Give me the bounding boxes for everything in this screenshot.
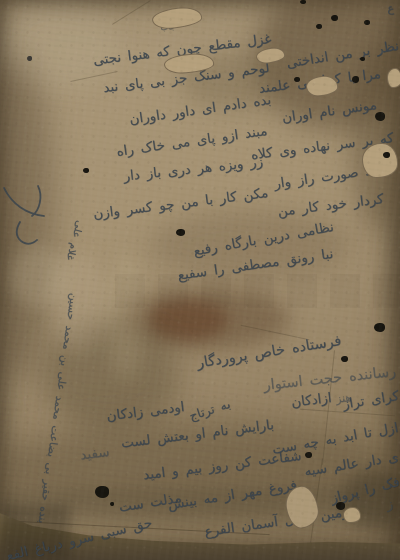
ink-blot <box>95 486 109 498</box>
ink-blot <box>383 152 390 158</box>
verse-fragment: سفید <box>79 444 110 463</box>
repair-patch <box>151 5 203 30</box>
light-patch-left-1 <box>10 246 68 308</box>
faint-watermark-tiles <box>115 274 400 308</box>
ink-blot <box>27 56 32 61</box>
ink-blot <box>300 0 306 4</box>
repair-patch <box>362 143 398 178</box>
repair-patch <box>343 507 361 523</box>
ink-blot <box>110 502 114 506</box>
verse-line: فرستاده خاص پروردگار <box>196 333 343 372</box>
light-sheen-top-left <box>0 0 120 90</box>
repair-patch <box>255 46 286 65</box>
ink-blot <box>316 24 322 29</box>
verse-hemistich: نظر بر من انداختی <box>285 38 399 72</box>
ink-blot <box>83 168 89 173</box>
verse-hemistich: بده دادم ای داور داوران <box>129 92 273 128</box>
ink-blot <box>336 502 345 510</box>
ink-blot <box>352 76 359 83</box>
ink-blot <box>176 229 185 236</box>
ink-blot <box>374 323 385 332</box>
light-patch-left-3 <box>106 254 146 380</box>
ink-blot <box>341 356 348 362</box>
repair-patch <box>387 68 400 88</box>
ink-blot <box>294 77 300 82</box>
verse-hemistich: مکن کار با من چو کسر وازن <box>92 185 269 222</box>
verse-hemistich: بارایش نام او بعتش لست <box>120 417 275 452</box>
verse-fragment: به ترتاج <box>187 396 232 423</box>
verse-hemistich: مونس نام اوران <box>280 97 377 126</box>
verse-hemistich: کردار خود کار من <box>276 191 384 220</box>
verse-hemistich: زر ویزه هر دری باز دار <box>123 154 264 185</box>
verse-fragment: اودمی زادکان <box>105 399 185 424</box>
manuscript-page: نظر بر من انداختی غزل مقطع چون که هنوا ن… <box>0 0 400 560</box>
pen-flourish <box>0 178 60 250</box>
ink-blot <box>331 15 338 21</box>
verse-hemistich: شفاعت کن روز بیم و امید <box>142 448 302 483</box>
verse-fragment: ی دار عالم سیه <box>303 449 399 480</box>
ink-blot <box>305 452 312 458</box>
ink-blot <box>360 57 365 61</box>
ink-blot <box>364 20 370 25</box>
crease-mid <box>241 325 310 341</box>
corner-mark: ع <box>387 2 394 15</box>
crease-top <box>112 0 151 25</box>
verse-hemistich: مبند ازو پای می خاک راه <box>115 123 268 160</box>
verse-fragment: هنز <box>335 391 352 406</box>
margin-note-short: غلام علی <box>64 219 85 261</box>
ink-blot <box>375 112 385 121</box>
light-patch-left-2 <box>52 252 106 354</box>
verse-fragment: ازادکان <box>290 390 332 411</box>
